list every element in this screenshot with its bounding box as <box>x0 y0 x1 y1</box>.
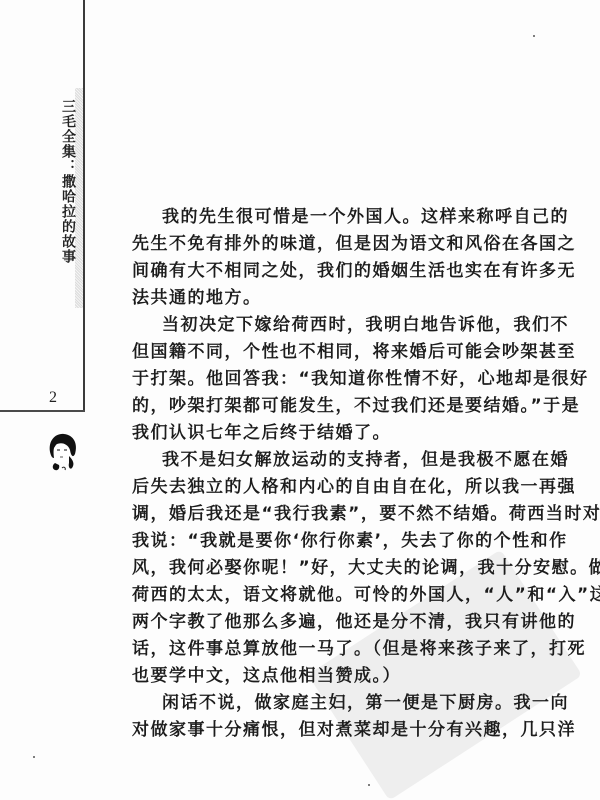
text-line: 后失去独立的人格和内心的自由自在化，所以我一再强 <box>132 474 524 501</box>
text-line: 先生不免有排外的味道，但是因为语文和风俗在各国之 <box>132 231 524 258</box>
text-line: 当初决定下嫁给荷西时，我明白地告诉他，我们不 <box>132 312 524 339</box>
text-line: 荷西的太太，语文将就他。可怜的外国人，“人”和“入”这 <box>132 582 524 609</box>
body-text: 我的先生很可惜是一个外国人。这样来称呼自己的 先生不免有排外的味道，但是因为语文… <box>132 204 524 744</box>
margin-vertical-rule <box>83 0 85 412</box>
text-line: 法共通的地方。 <box>132 285 524 312</box>
book-page: 三毛全集：撒哈拉的故事 2 我的先生很可惜是一个外国人。这样来称呼自己的 先生不… <box>0 0 600 800</box>
text-line: 对做家事十分痛恨，但对煮菜却是十分有兴趣，几只洋 <box>132 717 524 744</box>
text-line: 我们认识七年之后终于结婚了。 <box>132 420 524 447</box>
scan-speck <box>33 756 35 758</box>
text-line: 我不是妇女解放运动的支持者，但是我极不愿在婚 <box>132 447 524 474</box>
margin-horizontal-rule <box>0 410 85 412</box>
text-line: 我说：“我就是要你‘你行你素’，失去了你的个性和作 <box>132 528 524 555</box>
page-number: 2 <box>49 389 57 407</box>
text-line: 我的先生很可惜是一个外国人。这样来称呼自己的 <box>132 204 524 231</box>
text-line: 两个字教了他那么多遍，他还是分不清，我只有讲他的 <box>132 609 524 636</box>
text-line: 间确有大不相同之处，我们的婚姻生活也实在有许多无 <box>132 258 524 285</box>
text-line: 调，婚后我还是“我行我素”，要不然不结婚。荷西当时对 <box>132 501 524 528</box>
text-line: 于打架。他回答我：“我知道你性情不好，心地却是很好 <box>132 366 524 393</box>
scan-speck <box>533 35 535 37</box>
text-line: 闲话不说，做家庭主妇，第一便是下厨房。我一向 <box>132 690 524 717</box>
text-line: 风，我何必娶你呢！”好，大丈夫的论调，我十分安慰。做 <box>132 555 524 582</box>
text-line: 也要学中文，这点他相当赞成。） <box>132 663 524 690</box>
author-portrait-icon <box>42 430 82 476</box>
text-line: 的，吵架打架都可能发生，不过我们还是要结婚。”于是 <box>132 393 524 420</box>
running-book-title: 三毛全集：撒哈拉的故事 <box>61 99 77 264</box>
text-line: 话，这件事总算放他一马了。（但是将来孩子来了，打死 <box>132 636 524 663</box>
scan-speck <box>368 784 370 786</box>
text-line: 但国籍不同，个性也不相同，将来婚后可能会吵架甚至 <box>132 339 524 366</box>
